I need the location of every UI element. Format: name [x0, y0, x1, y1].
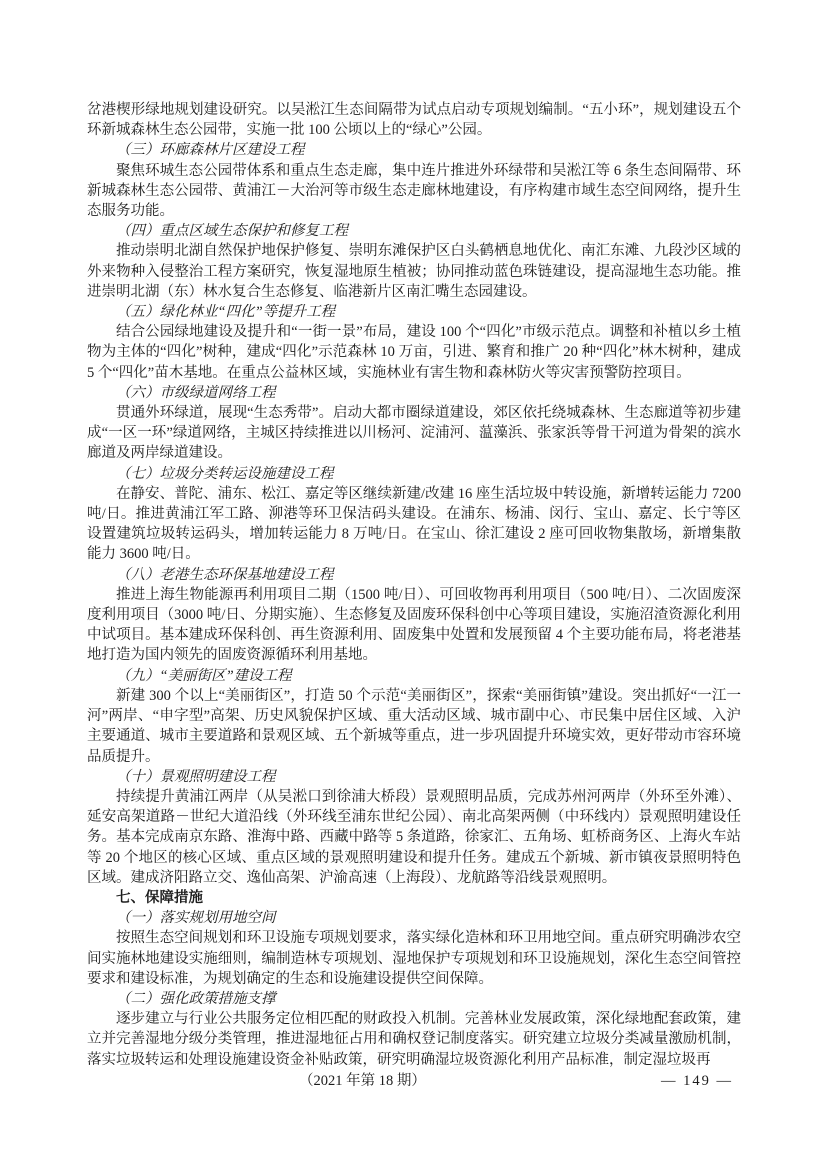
paragraph-continuation: 岔港楔形绿地规划建设研究。以吴淞江生态间隔带为试点启动专项规划编制。“五小环”，…	[87, 100, 741, 140]
paragraph: 持续提升黄浦江两岸（从吴淞口到徐浦大桥段）景观照明品质，完成苏州河两岸（外环至外…	[87, 787, 741, 888]
paragraph: 聚焦环城生态公园带体系和重点生态走廊，集中连片推进外环绿带和吴淞江等 6 条生态…	[87, 161, 741, 222]
section-heading: （六）市级绿道网络工程	[87, 383, 741, 403]
section-heading: （八）老港生态环保基地建设工程	[87, 565, 741, 585]
section-heading: （三）环廊森林片区建设工程	[87, 140, 741, 160]
paragraph: 结合公园绿地建设及提升和“一街一景”布局，建设 100 个“四化”市级示范点。调…	[87, 322, 741, 383]
paragraph: 新建 300 个以上“美丽街区”，打造 50 个示范“美丽街区”，探索“美丽街镇…	[87, 686, 741, 767]
section-heading: （四）重点区域生态保护和修复工程	[87, 221, 741, 241]
section-heading: （一）落实规划用地空间	[87, 908, 741, 928]
paragraph: 推进上海生物能源再利用项目二期（1500 吨/日）、可回收物再利用项目（500 …	[87, 585, 741, 666]
paragraph: 按照生态空间规划和环卫设施专项规划要求，落实绿化造林和环卫用地空间。重点研究明确…	[87, 928, 741, 989]
paragraph: 贯通外环绿道，展现“生态秀带”。启动大都市圈绿道建设，郊区依托绕城森林、生态廊道…	[87, 403, 741, 464]
section-heading: （十）景观照明建设工程	[87, 767, 741, 787]
page-number: — 149 —	[661, 1071, 733, 1091]
paragraph: 在静安、普陀、浦东、松江、嘉定等区继续新建/改建 16 座生活垃圾中转设施，新增…	[87, 484, 741, 565]
section-heading: （五）绿化林业“四化”等提升工程	[87, 302, 741, 322]
page-footer: （2021 年第 18 期） — 149 —	[87, 1071, 741, 1093]
section-heading: （九）“美丽街区”建设工程	[87, 666, 741, 686]
paragraph: 推动崇明北湖自然保护地保护修复、崇明东滩保护区白头鹤栖息地优化、南汇东滩、九段沙…	[87, 241, 741, 302]
issue-label: （2021 年第 18 期）	[299, 1071, 426, 1091]
document-page: 岔港楔形绿地规划建设研究。以吴淞江生态间隔带为试点启动专项规划编制。“五小环”，…	[0, 0, 827, 1170]
section-heading: （二）强化政策措施支撑	[87, 989, 741, 1009]
chapter-heading: 七、保障措施	[87, 888, 741, 908]
section-heading: （七）垃圾分类转运设施建设工程	[87, 464, 741, 484]
paragraph: 逐步建立与行业公共服务定位相匹配的财政投入机制。完善林业发展政策，深化绿地配套政…	[87, 1009, 741, 1070]
document-body: 岔港楔形绿地规划建设研究。以吴淞江生态间隔带为试点启动专项规划编制。“五小环”，…	[87, 100, 741, 1070]
